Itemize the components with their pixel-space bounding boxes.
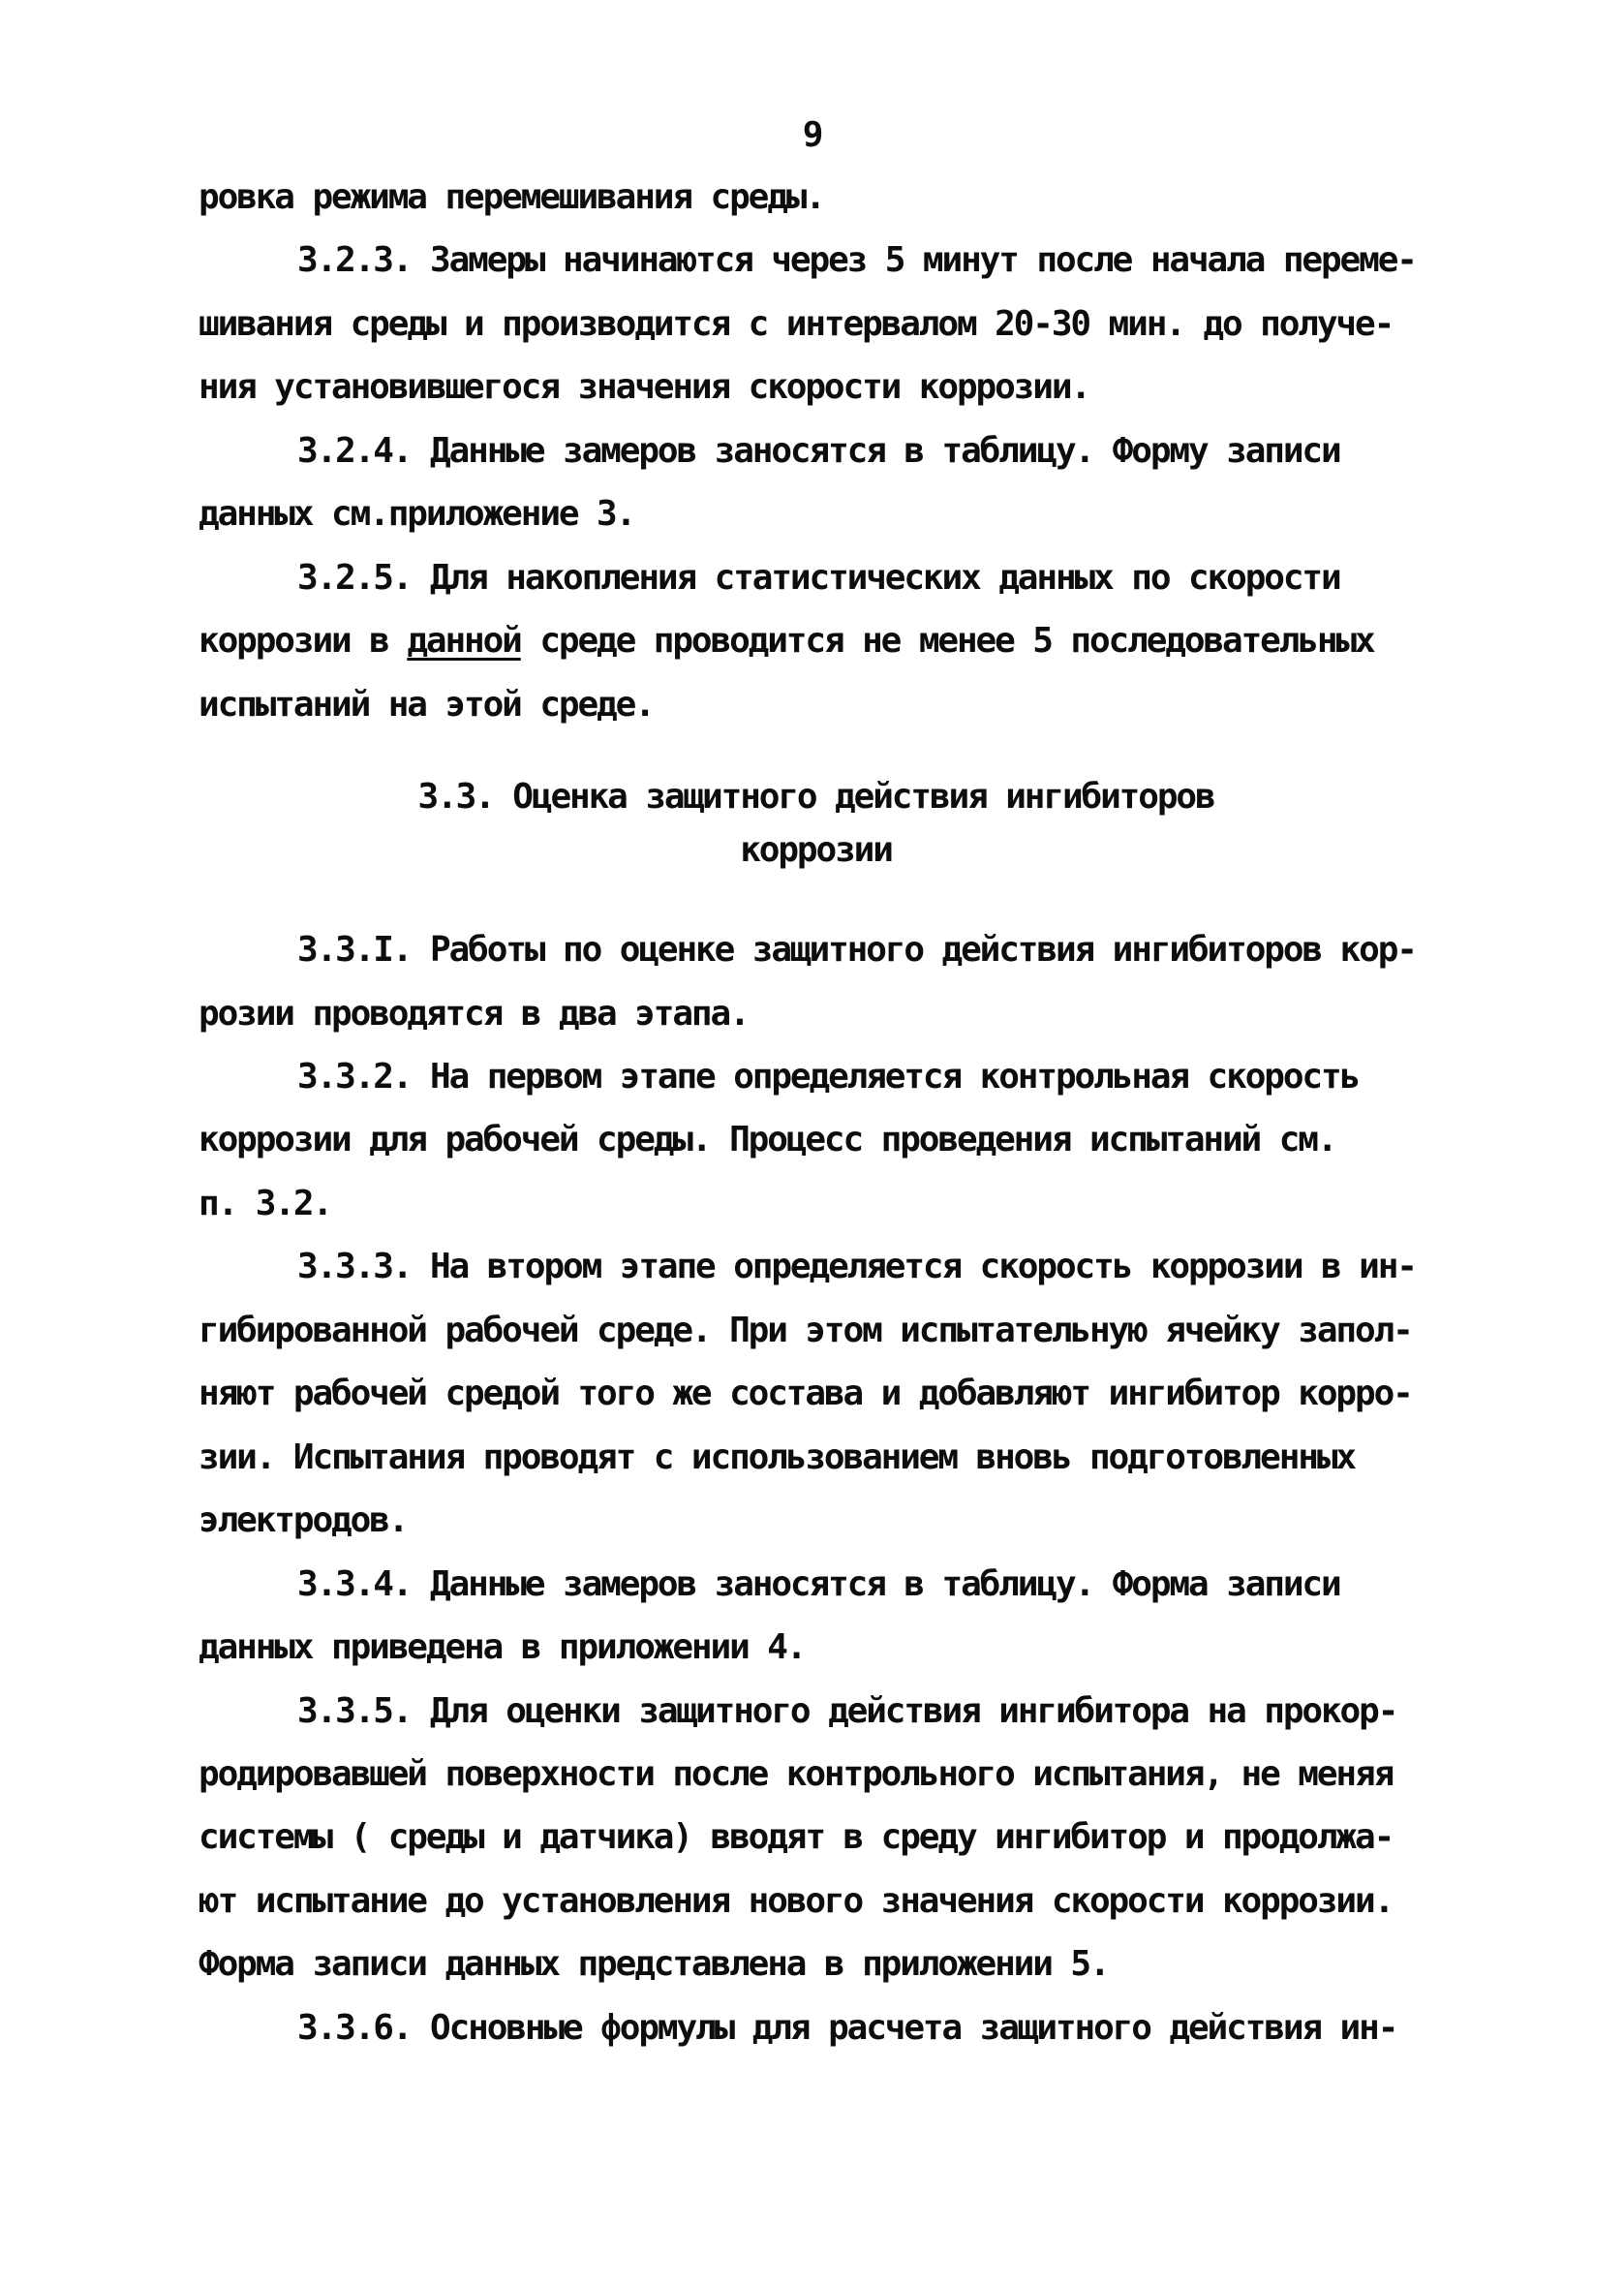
section-heading-line-1: 3.3. Оценка защитного действия ингибитор…: [199, 770, 1433, 823]
text-segment: Форма записи данных представлена в прило…: [199, 1944, 1109, 1984]
document-body: ровка режима перемешивания среды.3.2.3. …: [199, 166, 1545, 2059]
text-segment: испытаний на этой среде.: [199, 685, 654, 725]
text-line: ния установившегося значения скорости ко…: [199, 355, 1545, 418]
underlined-word: данной: [407, 621, 520, 661]
paragraph: ровка режима перемешивания среды.: [199, 166, 1545, 229]
text-line: испытаний на этой среде.: [199, 673, 1545, 736]
text-line: 3.2.5. Для накопления статистических дан…: [199, 546, 1545, 609]
text-line: 3.2.3. Замеры начинаются через 5 минут п…: [199, 229, 1545, 292]
text-line: зии. Испытания проводят с использованием…: [199, 1426, 1545, 1489]
text-segment: коррозии в: [199, 621, 407, 661]
paragraph: 3.3.5. Для оценки защитного действия инг…: [199, 1680, 1545, 1996]
paragraph: 3.2.4. Данные замеров заносятся в таблиц…: [199, 419, 1545, 546]
text-line: системы ( среды и датчика) вводят в сред…: [199, 1806, 1545, 1869]
text-line: шивания среды и производится с интервало…: [199, 293, 1545, 355]
text-segment: электродов.: [199, 1500, 407, 1540]
text-line: няют рабочей средой того же состава и до…: [199, 1362, 1545, 1425]
text-line: гибированной рабочей среде. При этом исп…: [199, 1299, 1545, 1362]
text-segment: данных приведена в приложении 4.: [199, 1627, 805, 1667]
text-segment: розии проводятся в два этапа.: [199, 994, 749, 1034]
paragraph: 3.3.2. На первом этапе определяется конт…: [199, 1045, 1545, 1235]
text-segment: п. 3.2.: [199, 1184, 331, 1223]
text-line: п. 3.2.: [199, 1172, 1545, 1235]
text-segment: 3.3.3. На втором этапе определяется скор…: [297, 1247, 1416, 1286]
text-line: ют испытание до установления нового знач…: [199, 1870, 1545, 1932]
text-line: 3.3.4. Данные замеров заносятся в таблиц…: [199, 1553, 1545, 1616]
text-segment: коррозии для рабочей среды. Процесс пров…: [199, 1120, 1335, 1159]
paragraph: 3.3.6. Основные формулы для расчета защи…: [199, 1996, 1545, 2059]
text-line: 3.3.5. Для оценки защитного действия инг…: [199, 1680, 1545, 1743]
paragraph: 3.2.3. Замеры начинаются через 5 минут п…: [199, 229, 1545, 418]
text-segment: данных см.приложение 3.: [199, 494, 634, 534]
text-segment: 3.3.I. Работы по оценке защитного действ…: [297, 930, 1416, 970]
scanned-document-page: 9 ровка режима перемешивания среды.3.2.3…: [0, 0, 1624, 2287]
section-heading-line-2: коррозии: [199, 823, 1433, 877]
text-segment: ния установившегося значения скорости ко…: [199, 367, 1089, 407]
paragraph: 3.3.3. На втором этапе определяется скор…: [199, 1235, 1545, 1552]
text-line: Форма записи данных представлена в прило…: [199, 1932, 1545, 1995]
text-segment: ровка режима перемешивания среды.: [199, 177, 824, 217]
body-text-top: ровка режима перемешивания среды.3.2.3. …: [199, 166, 1545, 736]
text-line: 3.2.4. Данные замеров заносятся в таблиц…: [199, 419, 1545, 482]
text-line: ровка режима перемешивания среды.: [199, 166, 1545, 229]
text-line: данных см.приложение 3.: [199, 482, 1545, 545]
text-segment: системы ( среды и датчика) вводят в сред…: [199, 1817, 1393, 1857]
section-heading: 3.3. Оценка защитного действия ингибитор…: [199, 770, 1545, 877]
text-segment: 3.3.5. Для оценки защитного действия инг…: [297, 1691, 1396, 1731]
text-segment: 3.2.4. Данные замеров заносятся в таблиц…: [297, 431, 1340, 471]
text-segment: родировавшей поверхности после контрольн…: [199, 1754, 1393, 1794]
text-segment: 3.2.3. Замеры начинаются через 5 минут п…: [297, 240, 1416, 280]
text-line: родировавшей поверхности после контрольн…: [199, 1743, 1545, 1806]
text-segment: гибированной рабочей среде. При этом исп…: [199, 1311, 1412, 1350]
text-line: 3.3.I. Работы по оценке защитного действ…: [199, 918, 1545, 981]
text-line: 3.3.3. На втором этапе определяется скор…: [199, 1235, 1545, 1298]
paragraph: 3.3.I. Работы по оценке защитного действ…: [199, 918, 1545, 1045]
text-segment: 3.2.5. Для накопления статистических дан…: [297, 558, 1340, 598]
page-number: 9: [0, 114, 1624, 157]
text-line: коррозии для рабочей среды. Процесс пров…: [199, 1108, 1545, 1171]
body-text-bottom: 3.3.I. Работы по оценке защитного действ…: [199, 918, 1545, 2059]
text-line: розии проводятся в два этапа.: [199, 982, 1545, 1045]
text-segment: шивания среды и производится с интервало…: [199, 304, 1393, 344]
paragraph: 3.2.5. Для накопления статистических дан…: [199, 546, 1545, 736]
text-line: данных приведена в приложении 4.: [199, 1616, 1545, 1679]
text-segment: няют рабочей средой того же состава и до…: [199, 1374, 1412, 1413]
text-segment: ют испытание до установления нового знач…: [199, 1881, 1393, 1921]
paragraph: 3.3.4. Данные замеров заносятся в таблиц…: [199, 1553, 1545, 1680]
text-line: 3.3.6. Основные формулы для расчета защи…: [199, 1996, 1545, 2059]
text-segment: 3.3.2. На первом этапе определяется конт…: [297, 1057, 1359, 1097]
text-segment: 3.3.4. Данные замеров заносятся в таблиц…: [297, 1564, 1340, 1604]
text-segment: среде проводится не менее 5 последовател…: [521, 621, 1374, 661]
text-line: 3.3.2. На первом этапе определяется конт…: [199, 1045, 1545, 1108]
text-segment: зии. Испытания проводят с использованием…: [199, 1437, 1355, 1477]
text-line: коррозии в данной среде проводится не ме…: [199, 609, 1545, 672]
text-segment: 3.3.6. Основные формулы для расчета защи…: [297, 2008, 1396, 2048]
text-line: электродов.: [199, 1489, 1545, 1552]
